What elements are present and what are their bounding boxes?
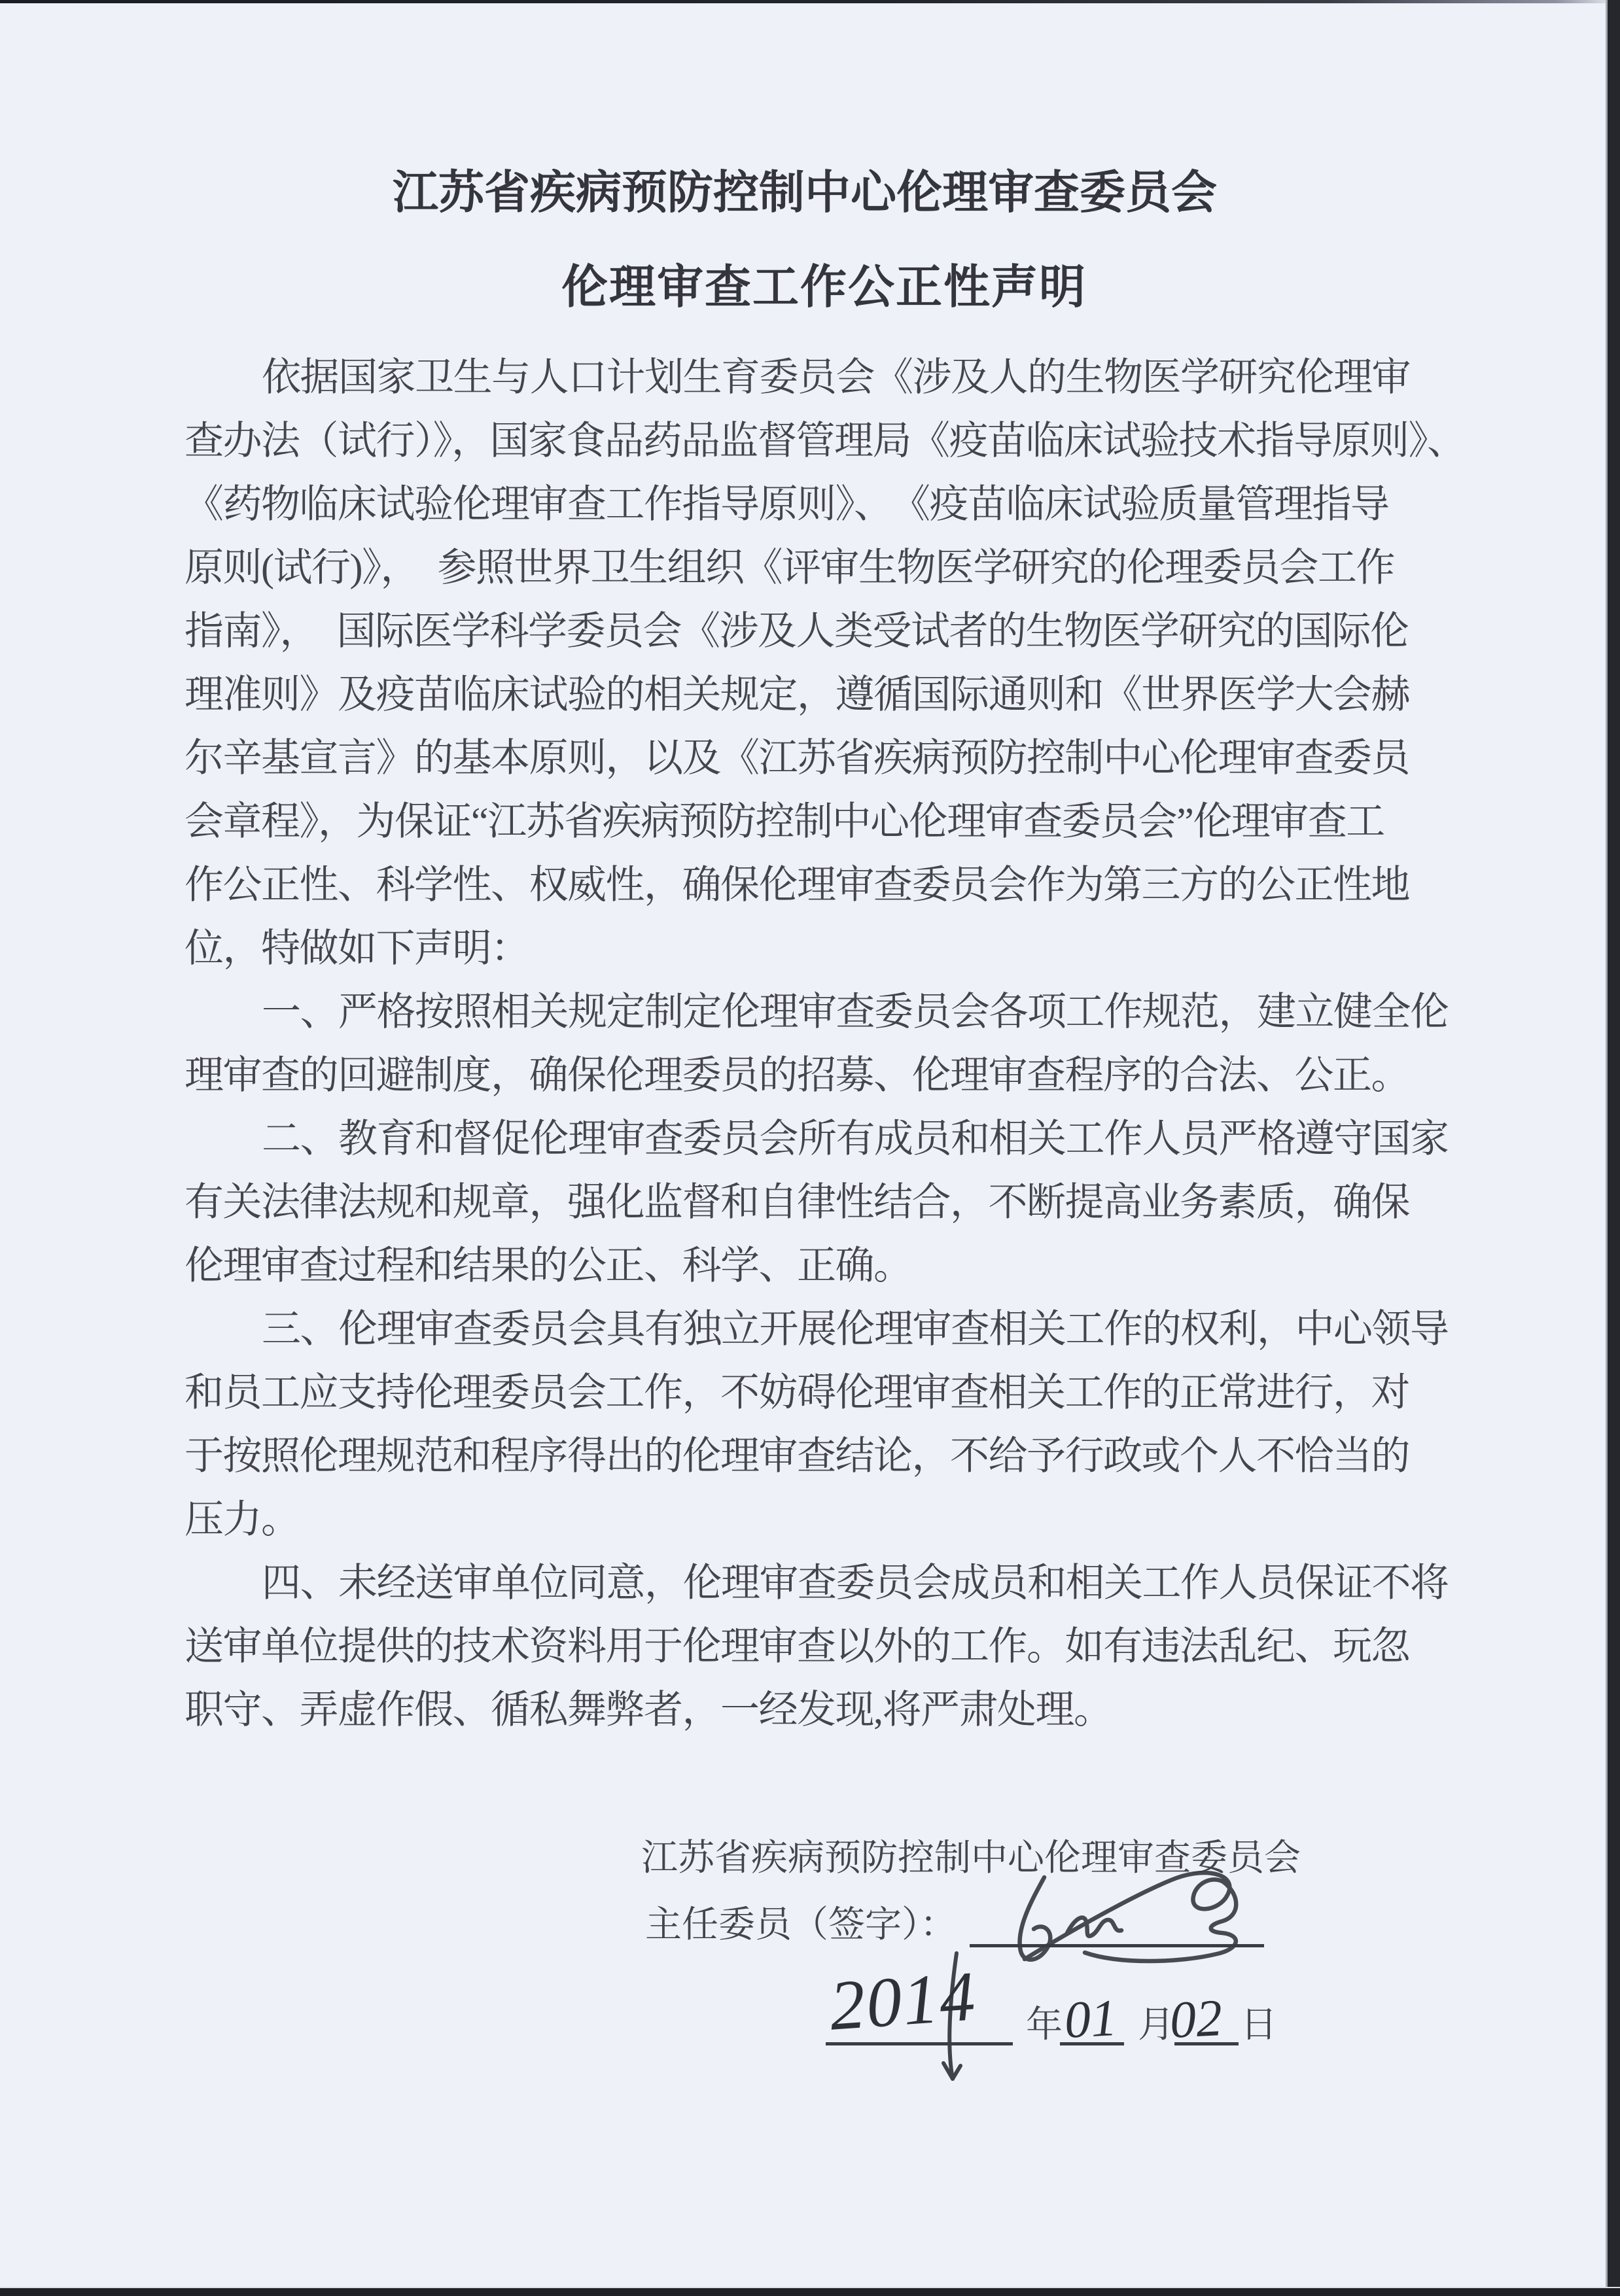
body-line: 《药物临床试验伦理审查工作指导原则》、 《疫苗临床试验质量管理指导 xyxy=(185,473,1434,536)
body-line: 理审查的回避制度，确保伦理委员的招募、伦理审查程序的合法、公正。 xyxy=(185,1044,1434,1107)
body-line: 伦理审查过程和结果的公正、科学、正确。 xyxy=(185,1234,1434,1298)
date-year-line xyxy=(826,2021,1013,2045)
body-line: 三、伦理审查委员会具有独立开展伦理审查相关工作的权利，中心领导 xyxy=(185,1298,1434,1361)
body-line: 尔辛基宣言》的基本原则，以及《江苏省疾病预防控制中心伦理审查委员 xyxy=(185,727,1434,790)
date-day-label: 日 xyxy=(1241,1996,1277,2048)
document-title: 江苏省疾病预防控制中心伦理审查委员会 xyxy=(393,156,1217,222)
document-subtitle: 伦理审查工作公正性声明 xyxy=(561,250,1087,317)
body-line: 送审单位提供的技术资料用于伦理审查以外的工作。如有违法乱纪、玩忽 xyxy=(185,1615,1434,1679)
document-body: 依据国家卫生与人口计划生育委员会《涉及人的生物医学研究伦理审 查办法（试行）》，… xyxy=(185,346,1434,1742)
scanned-document-page: 江苏省疾病预防控制中心伦理审查委员会 伦理审查工作公正性声明 依据国家卫生与人口… xyxy=(0,0,1620,2296)
body-line: 指南》， 国际医学科学委员会《涉及人类受试者的生物医学研究的国际伦 xyxy=(185,600,1434,663)
body-line: 查办法（试行）》，国家食品药品监督管理局《疫苗临床试验技术指导原则》、 xyxy=(185,409,1434,473)
body-line: 一、严格按照相关规定制定伦理审查委员会各项工作规范，建立健全伦 xyxy=(185,981,1434,1044)
date-day-line xyxy=(1174,2021,1239,2045)
scan-edge-top xyxy=(0,0,1620,3)
body-line: 有关法律法规和规章，强化监督和自律性结合，不断提高业务素质，确保 xyxy=(185,1171,1434,1234)
body-line: 依据国家卫生与人口计划生育委员会《涉及人的生物医学研究伦理审 xyxy=(185,346,1434,409)
chairman-signature xyxy=(1001,1861,1263,1975)
body-line: 和员工应支持伦理委员会工作，不妨碍伦理审查相关工作的正常进行，对 xyxy=(185,1361,1434,1425)
date-year-label: 年 xyxy=(1026,1996,1063,2048)
body-line: 位，特做如下声明： xyxy=(185,917,1434,981)
date-month-line xyxy=(1060,2021,1124,2045)
body-line: 压力。 xyxy=(185,1488,1434,1552)
body-line: 职守、弄虚作假、循私舞弊者，一经发现,将严肃处理。 xyxy=(185,1679,1434,1742)
scan-edge-right xyxy=(1606,0,1620,2296)
body-line: 会章程》，为保证“江苏省疾病预防控制中心伦理审查委员会”伦理审查工 xyxy=(185,790,1434,854)
body-line: 理准则》及疫苗临床试验的相关规定，遵循国际通则和《世界医学大会赫 xyxy=(185,663,1434,727)
body-line: 原则(试行)》， 参照世界卫生组织《评审生物医学研究的伦理委员会工作 xyxy=(185,536,1434,600)
body-line: 于按照伦理规范和程序得出的伦理审查结论，不给予行政或个人不恰当的 xyxy=(185,1425,1434,1488)
signer-label: 主任委员（签字）： xyxy=(645,1896,957,1948)
body-line: 作公正性、科学性、权威性，确保伦理审查委员会作为第三方的公正性地 xyxy=(185,854,1434,917)
body-line: 二、教育和督促伦理审查委员会所有成员和相关工作人员严格遵守国家 xyxy=(185,1107,1434,1171)
body-line: 四、未经送审单位同意，伦理审查委员会成员和相关工作人员保证不将 xyxy=(185,1552,1434,1615)
scan-edge-bottom xyxy=(0,2287,1620,2296)
